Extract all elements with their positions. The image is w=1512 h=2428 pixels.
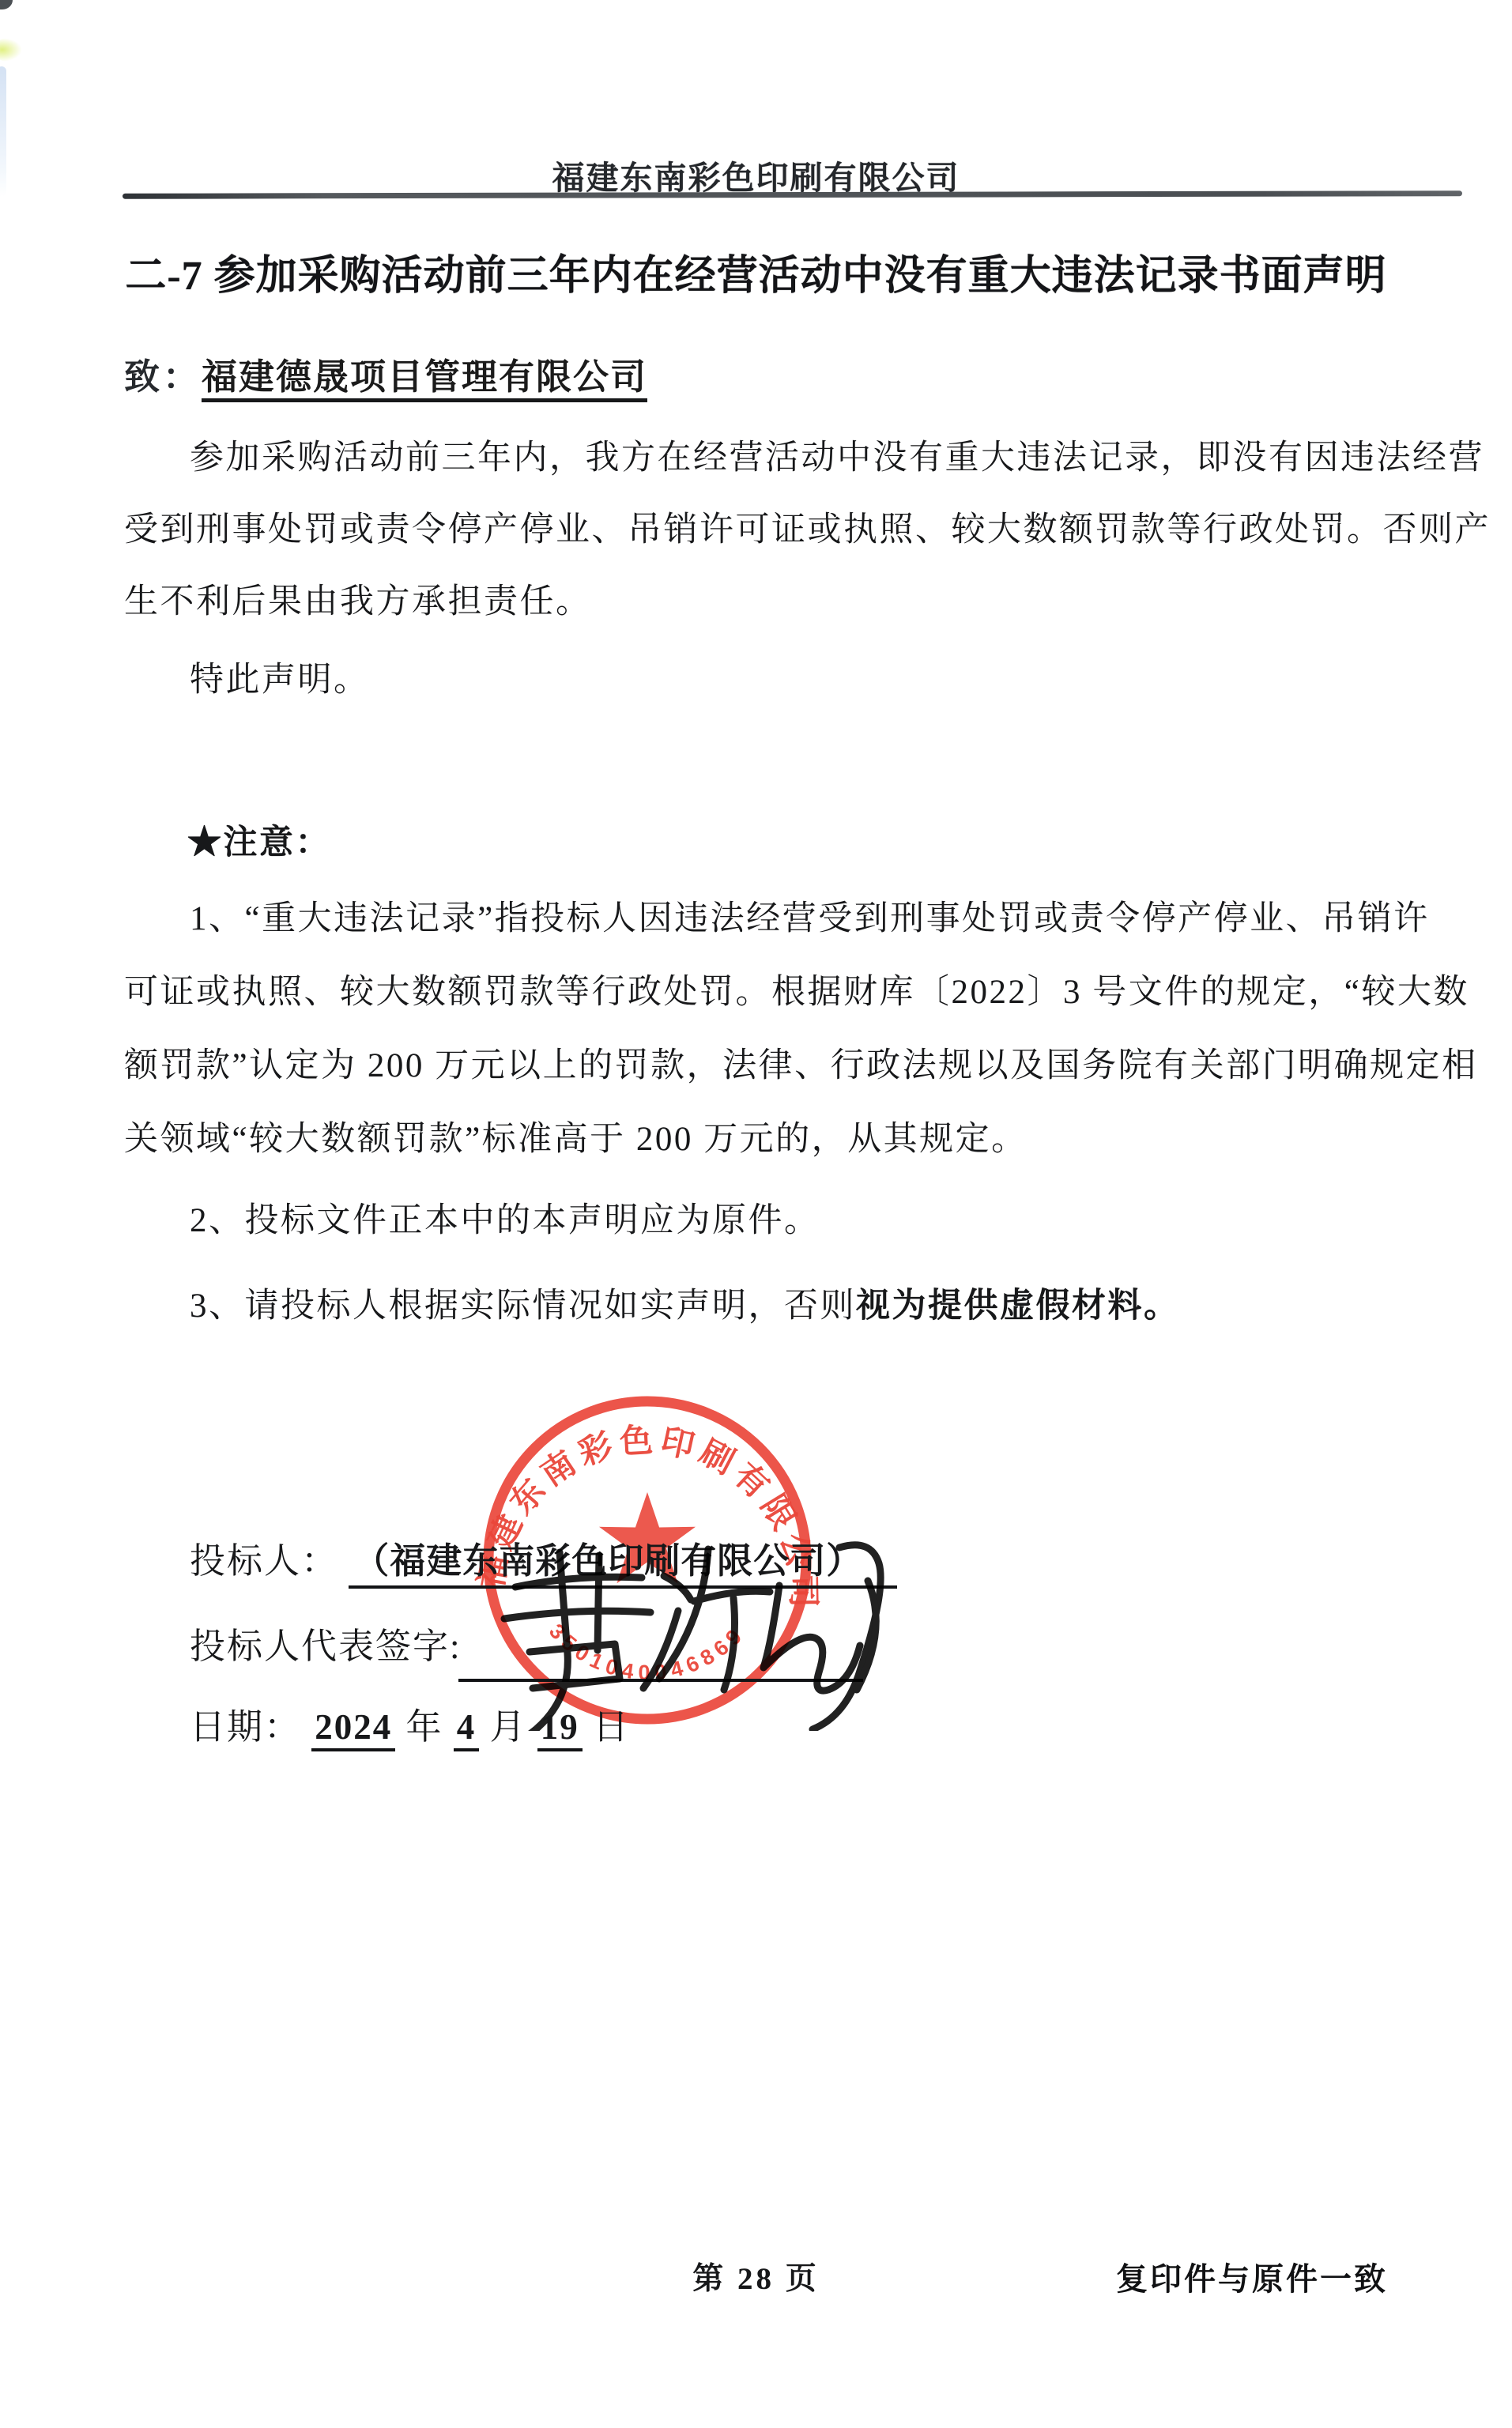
representative-sign-row: 投标人代表签字: — [190, 1617, 462, 1668]
body-paragraph-line-2: 受到刑事处罚或责令停产停业、吊销许可证或执照、较大数额罚款等行政处罚。否则产 — [124, 503, 1491, 551]
date-day-unit: 日 — [593, 1707, 630, 1747]
declaration-line: 特此声明。 — [190, 653, 370, 701]
body-paragraph-line-3: 生不利后果由我方承担责任。 — [124, 575, 592, 623]
note3-line: 3、请投标人根据实际情况如实声明，否则视为提供虚假材料。 — [190, 1279, 1180, 1327]
scanned-document-page: { "page": { "header_company": "福建东南彩色印刷有… — [0, 0, 1512, 2428]
note1-line-4: 关领域“较大数额罚款”标准高于 200 万元的，从其规定。 — [124, 1112, 1027, 1160]
document-title: 二-7 参加采购活动前三年内在经营活动中没有重大违法记录书面声明 — [0, 242, 1512, 301]
date-year-unit: 年 — [406, 1707, 443, 1747]
note2-line: 2、投标文件正本中的本声明应为原件。 — [190, 1193, 820, 1242]
date-day-value: 19 — [537, 1707, 583, 1751]
date-label: 日期： — [190, 1707, 301, 1747]
representative-sign-label: 投标人代表签字: — [190, 1627, 462, 1666]
addressee-row: 致：福建德晟项目管理有限公司 — [124, 348, 647, 399]
note3-bold-segment: 视为提供虚假材料。 — [856, 1288, 1180, 1325]
body-paragraph-line-1: 参加采购活动前三年内，我方在经营活动中没有重大违法记录，即没有因违法经营 — [190, 431, 1484, 479]
date-year-value: 2024 — [311, 1707, 395, 1751]
note-title: ★注意： — [187, 816, 331, 864]
date-month-value: 4 — [454, 1707, 480, 1751]
date-row: 日期： 2024 年 4 月 19 日 — [190, 1698, 630, 1749]
note3-prefix: 3、请投标人根据实际情况如实声明，否则 — [190, 1288, 856, 1325]
bidder-label: 投标人： — [190, 1541, 338, 1581]
footer-copy-note: 复印件与原件一致 — [1116, 2254, 1388, 2299]
scan-artifact-green-smudge — [0, 38, 22, 62]
addressee-label: 致： — [124, 357, 202, 397]
date-month-unit: 月 — [490, 1707, 527, 1747]
note1-line-2: 可证或执照、较大数额罚款等行政处罚。根据财库〔2022〕3 号文件的规定，“较大… — [124, 965, 1469, 1013]
scan-artifact-dark-corner — [0, 0, 13, 9]
addressee-name: 福建德晟项目管理有限公司 — [202, 357, 647, 402]
note1-line-3: 额罚款”认定为 200 万元以上的罚款，法律、行政法规以及国务院有关部门明确规定… — [124, 1039, 1478, 1087]
note1-line-1: 1、“重大违法记录”指投标人因违法经营受到刑事处罚或责令停产停业、吊销许 — [190, 892, 1430, 940]
